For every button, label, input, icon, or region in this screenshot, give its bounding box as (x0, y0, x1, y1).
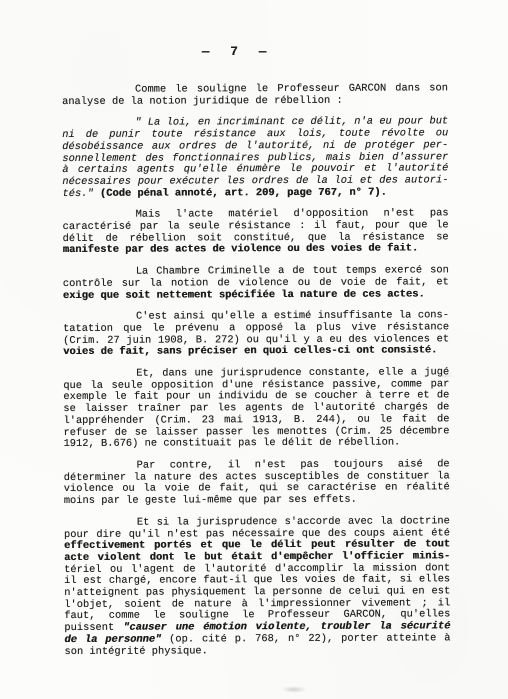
text-segment: moins par le geste lui-même que par ses … (64, 494, 357, 507)
page-number: — 7 — (42, 45, 428, 59)
paragraph-constatation: C'est ainsi qu'elle a estimé insuffisant… (63, 311, 449, 359)
text-segment: 1912, B.676) ne constituait pas le délit… (64, 437, 401, 450)
text-line: son intégrité physique. (64, 645, 450, 658)
text-segment: voies de fait, sans préciser en quoi cel… (63, 345, 437, 359)
text-segment: manifeste par des actes de violence ou d… (63, 243, 418, 257)
paragraph-doctrine: Et si la jurisprudence s'accorde avec la… (64, 516, 451, 658)
text-segment: (op. cité p. 768, n° 22), porter atteint… (161, 632, 450, 645)
text-line: analyse de la notion juridique de rébell… (62, 95, 448, 108)
paragraph-chambre-criminelle: La Chambre Criminelle a de tout temps ex… (63, 265, 449, 302)
text-segment: de la personne" (64, 633, 161, 645)
paragraph-jurisprudence-constante: Et, dans une jurisprudence constante, el… (63, 367, 449, 451)
scan-speck (436, 374, 454, 378)
text-line: exige que soit nettement spécifiée la na… (63, 289, 449, 302)
document-body: Comme le souligne le Professeur GARCON d… (62, 83, 451, 668)
text-segment: (Code pénal annoté, art. 209, page 767, … (100, 186, 387, 199)
paragraph-intro: Comme le souligne le Professeur GARCON d… (62, 83, 448, 108)
paragraph-quote-garcon: " La loi, en incriminant ce délit, n'a e… (62, 117, 448, 201)
text-segment: analyse de la notion juridique de rébell… (62, 94, 343, 107)
text-line: manifeste par des actes de violence ou d… (63, 244, 449, 257)
text-line: voies de fait, sans préciser en quoi cel… (63, 346, 449, 359)
text-line: moins par le geste lui-même que par ses … (64, 494, 450, 507)
text-segment: tés." (62, 187, 99, 199)
text-line: 1912, B.676) ne constituait pas le délit… (64, 438, 450, 451)
scan-smudge (281, 686, 307, 693)
text-segment: exige que soit nettement spécifiée la na… (63, 288, 425, 302)
paragraph-par-contre: Par contre, il n'est pas toujours aisé d… (64, 459, 450, 507)
text-segment: puissent (64, 622, 123, 634)
text-segment: son intégrité physique. (64, 645, 207, 658)
text-line: tés." (Code pénal annoté, art. 209, page… (62, 187, 448, 200)
text-segment: Comme le souligne le Professeur GARCON d… (135, 82, 448, 95)
paragraph-acte-materiel: Mais l'acte matériel d'opposition n'est … (63, 209, 449, 257)
scanned-document-page: — 7 — Comme le souligne le Professeur GA… (0, 0, 508, 699)
